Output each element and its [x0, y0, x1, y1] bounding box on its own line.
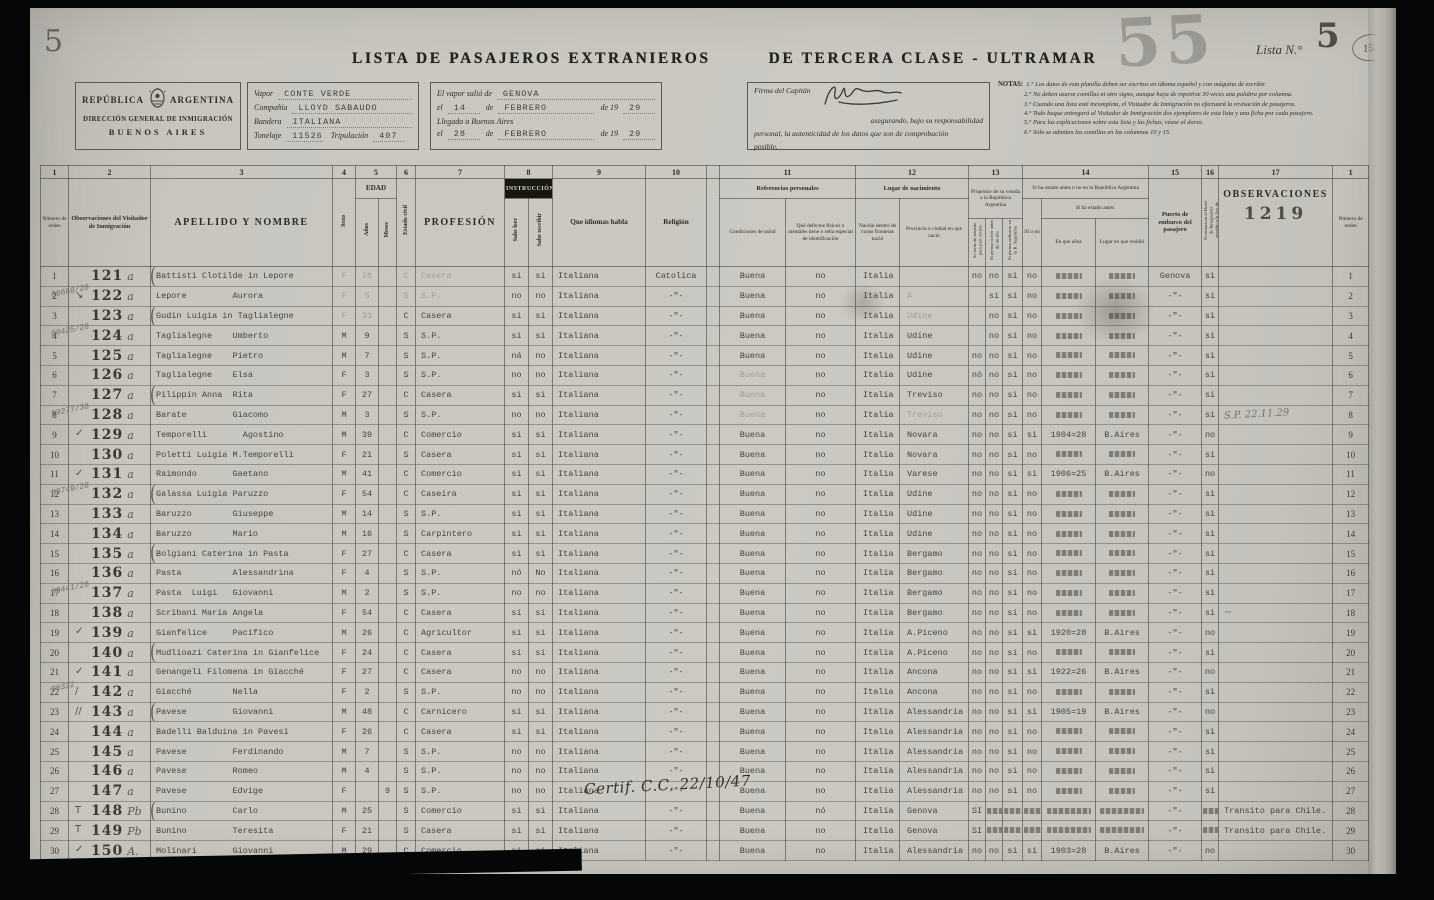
cell-profesion: Casera	[416, 445, 505, 465]
cell-provincia: Udine	[900, 326, 969, 346]
handwritten-letter: a	[127, 409, 134, 422]
strikeout-mark	[1056, 352, 1082, 358]
cell-salud: Buena	[720, 742, 786, 762]
cell-sexo: F	[333, 781, 356, 801]
cell-nacion: Italia	[856, 445, 900, 465]
cell-hotel-inmigrantes	[1202, 801, 1219, 821]
cell-name: Badelli Balduina in Pavesi	[151, 722, 333, 742]
cell-spacer	[707, 742, 720, 762]
strikeout-mark	[1109, 392, 1135, 398]
header-hotel: Si entrará en el Hotel de Inmigrantes ac…	[1202, 179, 1219, 267]
cell-name: Barate Giacomo	[151, 405, 333, 425]
cell-order-number: 25	[41, 742, 69, 762]
cell-spacer	[707, 682, 720, 702]
cell-nacion: Italia	[856, 385, 900, 405]
cell-name: Baruzzo Mario	[151, 524, 333, 544]
table-row: 1121a(Battisti Clotilde in LeporeF26CCas…	[41, 267, 1369, 287]
cell-defectos: no	[786, 603, 856, 623]
cell-sabe-leer: si	[505, 484, 529, 504]
cell-name: Pasta Alessandrina	[151, 563, 333, 583]
cell-en-que-anos: 1920=28	[1042, 623, 1096, 643]
cell-proposito-3: si	[1003, 286, 1023, 306]
cell-visitador-observaciones: 145a	[69, 742, 151, 762]
cell-provincia: Bergamo	[900, 603, 969, 623]
cell-defectos: no	[786, 662, 856, 682]
cell-salud: Buena	[720, 267, 786, 287]
cell-estado-civil: S	[397, 504, 416, 524]
header-hotel-label: Si entrará en el Hotel de Inmigrantes ac…	[1203, 199, 1219, 241]
cell-nacion: Italia	[856, 286, 900, 306]
cell-profesion: Casera	[416, 306, 505, 326]
cell-spacer	[707, 504, 720, 524]
cell-profesion: S.P.	[416, 326, 505, 346]
cell-nacion: Italia	[856, 682, 900, 702]
cell-idioma: Italiana	[553, 563, 646, 583]
cell-hotel-inmigrantes: si	[1202, 405, 1219, 425]
handwritten-letter: a	[127, 666, 134, 679]
strikeout-mark	[1109, 333, 1135, 339]
cell-proposito-1: no	[969, 623, 986, 643]
cell-defectos: no	[786, 841, 856, 861]
cell-defectos: no	[786, 286, 856, 306]
stamped-passenger-number: 132	[91, 486, 123, 502]
cell-spacer	[707, 544, 720, 564]
colnum-12: 12	[856, 166, 969, 179]
cell-sexo: M	[333, 583, 356, 603]
cell-sexo: M	[333, 623, 356, 643]
cell-proposito-3: si	[1003, 761, 1023, 781]
cell-proposito-3: si	[1003, 682, 1023, 702]
cell-anos: 54	[356, 603, 379, 623]
cell-religion: -"-	[646, 702, 707, 722]
cell-idioma: Italiana	[553, 643, 646, 663]
cell-proposito-1: no	[969, 841, 986, 861]
stamped-passenger-number: 123	[91, 308, 123, 324]
cell-estado-civil: C	[397, 306, 416, 326]
cell-proposito-3: si	[1003, 662, 1023, 682]
colnum-1: 1	[41, 166, 69, 179]
cell-salud: Buena	[720, 583, 786, 603]
cell-nacion: Italia	[856, 821, 900, 841]
strikeout-mark	[987, 827, 1003, 833]
cell-puerto-embarco: -"-	[1149, 583, 1202, 603]
colnum-spacer	[707, 166, 720, 179]
header-salud: Condiciones de salud	[720, 199, 786, 267]
cell-observaciones: S.P. 22.11.29	[1219, 405, 1333, 425]
cell-order-number: 16	[41, 563, 69, 583]
cell-visitador-observaciones: 127a	[69, 385, 151, 405]
cell-proposito-3: si	[1003, 603, 1023, 623]
cell-sabe-leer: no	[505, 682, 529, 702]
strikeout-mark	[1109, 352, 1135, 358]
cell-observaciones	[1219, 761, 1333, 781]
cell-estado-civil: C	[397, 385, 416, 405]
cell-estado-civil: C	[397, 484, 416, 504]
llegado-month: FEBRERO	[498, 129, 594, 140]
cell-sabe-escribir: si	[529, 484, 553, 504]
cell-observaciones	[1219, 563, 1333, 583]
cell-name: Scribani Maria Angela	[151, 603, 333, 623]
cell-religion: -"-	[646, 464, 707, 484]
cell-proposito-3: si	[1003, 267, 1023, 287]
cell-order-number: 21	[41, 662, 69, 682]
cell-proposito-1: no	[969, 484, 986, 504]
cell-nacion: Italia	[856, 702, 900, 722]
cell-profesion: Carpintero	[416, 524, 505, 544]
cell-puerto-embarco: -"-	[1149, 484, 1202, 504]
cell-provincia: Novara	[900, 425, 969, 445]
cell-estado-civil: S	[397, 781, 416, 801]
cell-defectos: no	[786, 583, 856, 603]
strikeout-mark	[1056, 748, 1082, 754]
cell-meses	[379, 643, 397, 663]
strikeout-mark	[1109, 511, 1135, 517]
stamped-passenger-number: 135	[91, 546, 123, 562]
cell-hotel-inmigrantes: si	[1202, 326, 1219, 346]
cell-proposito-1: no	[969, 464, 986, 484]
cell-hotel-inmigrantes: si	[1202, 742, 1219, 762]
cell-idioma: Italiana	[553, 583, 646, 603]
stamped-passenger-number: 122	[91, 288, 123, 304]
cell-proposito-2: no	[986, 781, 1003, 801]
cell-meses	[379, 365, 397, 385]
cell-puerto-embarco: -"-	[1149, 504, 1202, 524]
cell-observaciones	[1219, 781, 1333, 801]
cell-idioma: Italiana	[553, 544, 646, 564]
pencil-check-mark: ∕∕	[75, 706, 82, 717]
cell-proposito-1: SI	[969, 821, 986, 841]
cell-sabe-escribir: si	[529, 385, 553, 405]
stamped-passenger-number: 143	[91, 704, 123, 720]
cell-order-number-right: 28	[1333, 801, 1369, 821]
cell-proposito-1: nó	[969, 365, 986, 385]
header-num-orden: Número de orden	[41, 179, 69, 267]
salio-port: GENOVA	[497, 89, 655, 100]
handwritten-letter: a	[127, 607, 134, 620]
cell-observaciones	[1219, 464, 1333, 484]
handwritten-letter: a	[127, 429, 134, 442]
cell-spacer	[707, 623, 720, 643]
cell-estado-civil: C	[397, 643, 416, 663]
header-referencias: Referencias personales	[720, 179, 856, 199]
coat-of-arms-icon	[149, 88, 166, 112]
cell-en-que-anos	[1042, 346, 1096, 366]
cell-order-number-right: 20	[1333, 643, 1369, 663]
cell-sabe-escribir: no	[529, 365, 553, 385]
cell-nacion: Italia	[856, 662, 900, 682]
cell-sexo: F	[333, 286, 356, 306]
cell-hotel-inmigrantes: si	[1202, 563, 1219, 583]
cell-defectos: no	[786, 821, 856, 841]
cell-proposito-3: si	[1003, 841, 1023, 861]
bandera-value: ITALIANA	[287, 117, 412, 128]
cell-proposito-2: no	[986, 682, 1003, 702]
cell-estado-civil: C	[397, 623, 416, 643]
cell-anos	[356, 781, 379, 801]
stamped-passenger-number: 138	[91, 605, 123, 621]
cell-salud: Buena	[720, 702, 786, 722]
header-observaciones-label: OBSERVACIONES	[1220, 189, 1331, 200]
cell-provincia: A.Piceno	[900, 623, 969, 643]
cell-profesion: S.P.	[416, 583, 505, 603]
cell-en-que-anos: 1906=25	[1042, 464, 1096, 484]
cell-salud: Buena	[720, 841, 786, 861]
header-prop2-label: Si piensa volver antes de un año	[989, 219, 1000, 261]
captain-line3: posible.	[754, 142, 983, 151]
cell-profesion: S.P.	[416, 761, 505, 781]
cell-profesion: S.P.	[416, 346, 505, 366]
cell-salud: Buena	[720, 385, 786, 405]
cell-nacion: Italia	[856, 267, 900, 287]
header-lugar-residio: Lugar en que residió	[1096, 219, 1149, 267]
cell-sexo: M	[333, 405, 356, 425]
cell-sexo: F	[333, 821, 356, 841]
cell-estuvo-antes: no	[1023, 504, 1042, 524]
cell-proposito-1: no	[969, 405, 986, 425]
cell-profesion: Comercio	[416, 801, 505, 821]
cell-puerto-embarco: -"-	[1149, 524, 1202, 544]
cell-sabe-escribir: si	[529, 524, 553, 544]
table-row: 11✓131aRaimondo GaetanoM41CComerciosisiI…	[41, 464, 1369, 484]
cell-hotel-inmigrantes: no	[1202, 464, 1219, 484]
cell-idioma: Italiana	[553, 504, 646, 524]
cell-order-number: 6	[41, 365, 69, 385]
cell-en-que-anos	[1042, 643, 1096, 663]
header-meses: Meses	[379, 199, 397, 267]
cell-visitador-observaciones: ∕∕143a	[69, 702, 151, 722]
nota-2: 2.° No deben usarse comillas ni otro sig…	[1024, 90, 1293, 99]
cell-religion: -"-	[646, 583, 707, 603]
cell-idioma: Italiana	[553, 306, 646, 326]
table-row: 7127a(Pilippin Anna RitaF27CCaserasisiIt…	[41, 385, 1369, 405]
cell-sexo: M	[333, 801, 356, 821]
cell-nacion: Italia	[856, 583, 900, 603]
cell-estuvo-antes: no	[1023, 563, 1042, 583]
cell-spacer	[707, 841, 720, 861]
cell-provincia: Alessandria	[900, 841, 969, 861]
cell-visitador-observaciones: ✓141a	[69, 662, 151, 682]
cell-religion: -"-	[646, 286, 707, 306]
cell-sabe-escribir: si	[529, 722, 553, 742]
cell-sexo: M	[333, 346, 356, 366]
cell-spacer	[707, 821, 720, 841]
cell-order-number: 3	[41, 306, 69, 326]
cell-name: (Pavese Giovanni	[151, 702, 333, 722]
cell-sabe-escribir: si	[529, 267, 553, 287]
cell-order-number-right: 6	[1333, 365, 1369, 385]
cell-spacer	[707, 286, 720, 306]
cell-anos: 3	[356, 405, 379, 425]
cell-profesion: Comercio	[416, 425, 505, 445]
stamped-passenger-number: 126	[91, 367, 123, 383]
cell-defectos: no	[786, 544, 856, 564]
cell-spacer	[707, 643, 720, 663]
cell-estuvo-antes: no	[1023, 405, 1042, 425]
colnum-5: 5	[356, 166, 397, 179]
cell-nacion: Italia	[856, 504, 900, 524]
cell-proposito-2: no	[986, 425, 1003, 445]
cell-order-number: 30	[41, 841, 69, 861]
cell-proposito-3: si	[1003, 781, 1023, 801]
strikeout-mark	[1109, 273, 1135, 279]
cell-sabe-leer: si	[505, 702, 529, 722]
cell-order-number-right: 3	[1333, 306, 1369, 326]
cell-name: Pasta Luigi Giovanni	[151, 583, 333, 603]
cell-profesion: S.P.	[416, 781, 505, 801]
cell-meses	[379, 563, 397, 583]
handwritten-letter: a	[127, 350, 134, 363]
tonelaje-label: Tonelaje	[254, 131, 281, 140]
cell-visitador-observaciones: ✓139a	[69, 623, 151, 643]
cell-proposito-3: si	[1003, 445, 1023, 465]
cell-en-que-anos	[1042, 821, 1096, 841]
colnum-10: 10	[646, 166, 707, 179]
notas-box: NOTAS:1.° Los datos de esta planilla deb…	[998, 80, 1322, 156]
cell-sabe-leer: no	[505, 662, 529, 682]
cell-spacer	[707, 346, 720, 366]
cell-lugar-residio	[1096, 504, 1149, 524]
cell-proposito-1	[969, 326, 986, 346]
stamped-passenger-number: 149	[91, 823, 123, 839]
header-anos: Años	[356, 199, 379, 267]
table-row: 2296322∕142aGiacché NellaF2SS.P.nonoItal…	[41, 682, 1369, 702]
cell-sabe-leer: no	[505, 761, 529, 781]
cell-profesion: S.P.	[416, 405, 505, 425]
table-row: 1289749/28132a(Galassa Luigia ParuzzoF54…	[41, 484, 1369, 504]
table-row: 20140a(Mudlioazi Caterina in GianfeliceF…	[41, 643, 1369, 663]
handwritten-letter: a	[127, 488, 134, 501]
cell-proposito-1: no	[969, 425, 986, 445]
cell-lugar-residio	[1096, 306, 1149, 326]
strikeout-mark	[1024, 827, 1042, 833]
cell-observaciones	[1219, 524, 1333, 544]
cell-observaciones	[1219, 722, 1333, 742]
cell-spacer	[707, 445, 720, 465]
cell-sabe-leer: si	[505, 722, 529, 742]
stamped-passenger-number: 144	[91, 724, 123, 740]
header-instruccion: INSTRUCCIÓN	[505, 179, 553, 199]
nota-5: 5.° Para las explicaciones sobre esta li…	[1024, 118, 1203, 127]
stamped-passenger-number: 130	[91, 447, 123, 463]
cell-puerto-embarco: -"-	[1149, 682, 1202, 702]
cell-proposito-3: si	[1003, 346, 1023, 366]
cell-meses	[379, 326, 397, 346]
cell-spacer	[707, 583, 720, 603]
cell-puerto-embarco: -"-	[1149, 306, 1202, 326]
cell-en-que-anos: 1905=19	[1042, 702, 1096, 722]
stamped-passenger-number: 146	[91, 763, 123, 779]
cell-name: Poletti Luigia M.Temporelli	[151, 445, 333, 465]
cell-provincia: Udine	[900, 524, 969, 544]
cell-sabe-escribir: si	[529, 425, 553, 445]
cell-hotel-inmigrantes: si	[1202, 643, 1219, 663]
cell-proposito-1: no	[969, 662, 986, 682]
cell-idioma: Italiana	[553, 464, 646, 484]
stamped-passenger-number: 137	[91, 585, 123, 601]
strikeout-mark	[1056, 412, 1082, 418]
cell-sabe-leer: si	[505, 326, 529, 346]
table-row: 5125aTaglialegne PietroM7SS.P.nánoItalia…	[41, 346, 1369, 366]
header-idiomas: Que idiomas habla	[553, 179, 646, 267]
handwritten-letter: a	[127, 449, 134, 462]
cell-order-number-right: 16	[1333, 563, 1369, 583]
cell-nacion: Italia	[856, 801, 900, 821]
cell-estuvo-antes: no	[1023, 286, 1042, 306]
cell-estuvo-antes: no	[1023, 603, 1042, 623]
cell-religion: -"-	[646, 405, 707, 425]
pencil-check-mark: ✓	[75, 468, 83, 479]
title-right: DE TERCERA CLASE - ULTRAMAR	[769, 50, 1098, 68]
cell-order-number-right: 15	[1333, 544, 1369, 564]
cell-proposito-1: no	[969, 682, 986, 702]
cell-order-number: 13	[41, 504, 69, 524]
header-num-orden-right: Número de orden	[1333, 179, 1369, 267]
cell-provincia	[900, 267, 969, 287]
stamped-passenger-number: 150	[91, 843, 123, 859]
cell-meses	[379, 346, 397, 366]
cell-meses: 9	[379, 781, 397, 801]
cell-proposito-2: no	[986, 365, 1003, 385]
cell-salud: Buena	[720, 504, 786, 524]
cell-nacion: Italia	[856, 484, 900, 504]
stamped-passenger-number: 148	[91, 803, 123, 819]
cell-proposito-2: no	[986, 405, 1003, 425]
cell-estuvo-antes: no	[1023, 365, 1042, 385]
cell-sabe-escribir: no	[529, 682, 553, 702]
strikeout-mark	[1056, 728, 1082, 734]
cell-meses	[379, 583, 397, 603]
stamp-55: 55	[1113, 0, 1217, 83]
colnum-7: 7	[416, 166, 505, 179]
cell-name: Giacché Nella	[151, 682, 333, 702]
pencil-check-mark: ✓	[75, 666, 83, 677]
cell-hotel-inmigrantes: si	[1202, 583, 1219, 603]
nota-1: 1.° Los datos de esta planilla deben ser…	[1026, 80, 1266, 90]
cell-puerto-embarco: -"-	[1149, 761, 1202, 781]
cell-order-number-right: 26	[1333, 761, 1369, 781]
cell-order-number: 24	[41, 722, 69, 742]
cell-hotel-inmigrantes: si	[1202, 286, 1219, 306]
cell-proposito-1	[969, 306, 986, 326]
cell-idioma: Italiana	[553, 821, 646, 841]
stamped-passenger-number: 142	[91, 684, 123, 700]
header-prop1: Si viene de tránsito para país vecino	[969, 219, 986, 267]
cell-meses	[379, 742, 397, 762]
cell-hotel-inmigrantes: si	[1202, 781, 1219, 801]
org-ciudad: BUENOS AIRES	[82, 127, 234, 137]
tripulacion-value: 407	[373, 131, 405, 142]
cell-spacer	[707, 326, 720, 346]
cell-sexo: F	[333, 445, 356, 465]
cell-order-number-right: 22	[1333, 682, 1369, 702]
handwritten-letter: a	[127, 567, 134, 580]
cell-defectos: no	[786, 365, 856, 385]
cell-religion: -"-	[646, 445, 707, 465]
column-numbers-row: 1 2 3 4 5 6 7 8 9 10 11 12 13 14 15 16	[41, 166, 1369, 179]
cell-order-number: 14	[41, 524, 69, 544]
cell-spacer	[707, 563, 720, 583]
lista-number: 5	[1316, 16, 1340, 56]
cell-sabe-escribir: si	[529, 801, 553, 821]
cell-sexo: F	[333, 662, 356, 682]
table-row: 18138aScribani Maria AngelaF54CCaserasis…	[41, 603, 1369, 623]
cell-defectos: no	[786, 484, 856, 504]
de-label: de	[486, 103, 494, 112]
cell-proposito-1: no	[969, 504, 986, 524]
cell-idioma: Italiana	[553, 702, 646, 722]
cell-en-que-anos	[1042, 544, 1096, 564]
cell-profesion: S.P.	[416, 286, 505, 306]
